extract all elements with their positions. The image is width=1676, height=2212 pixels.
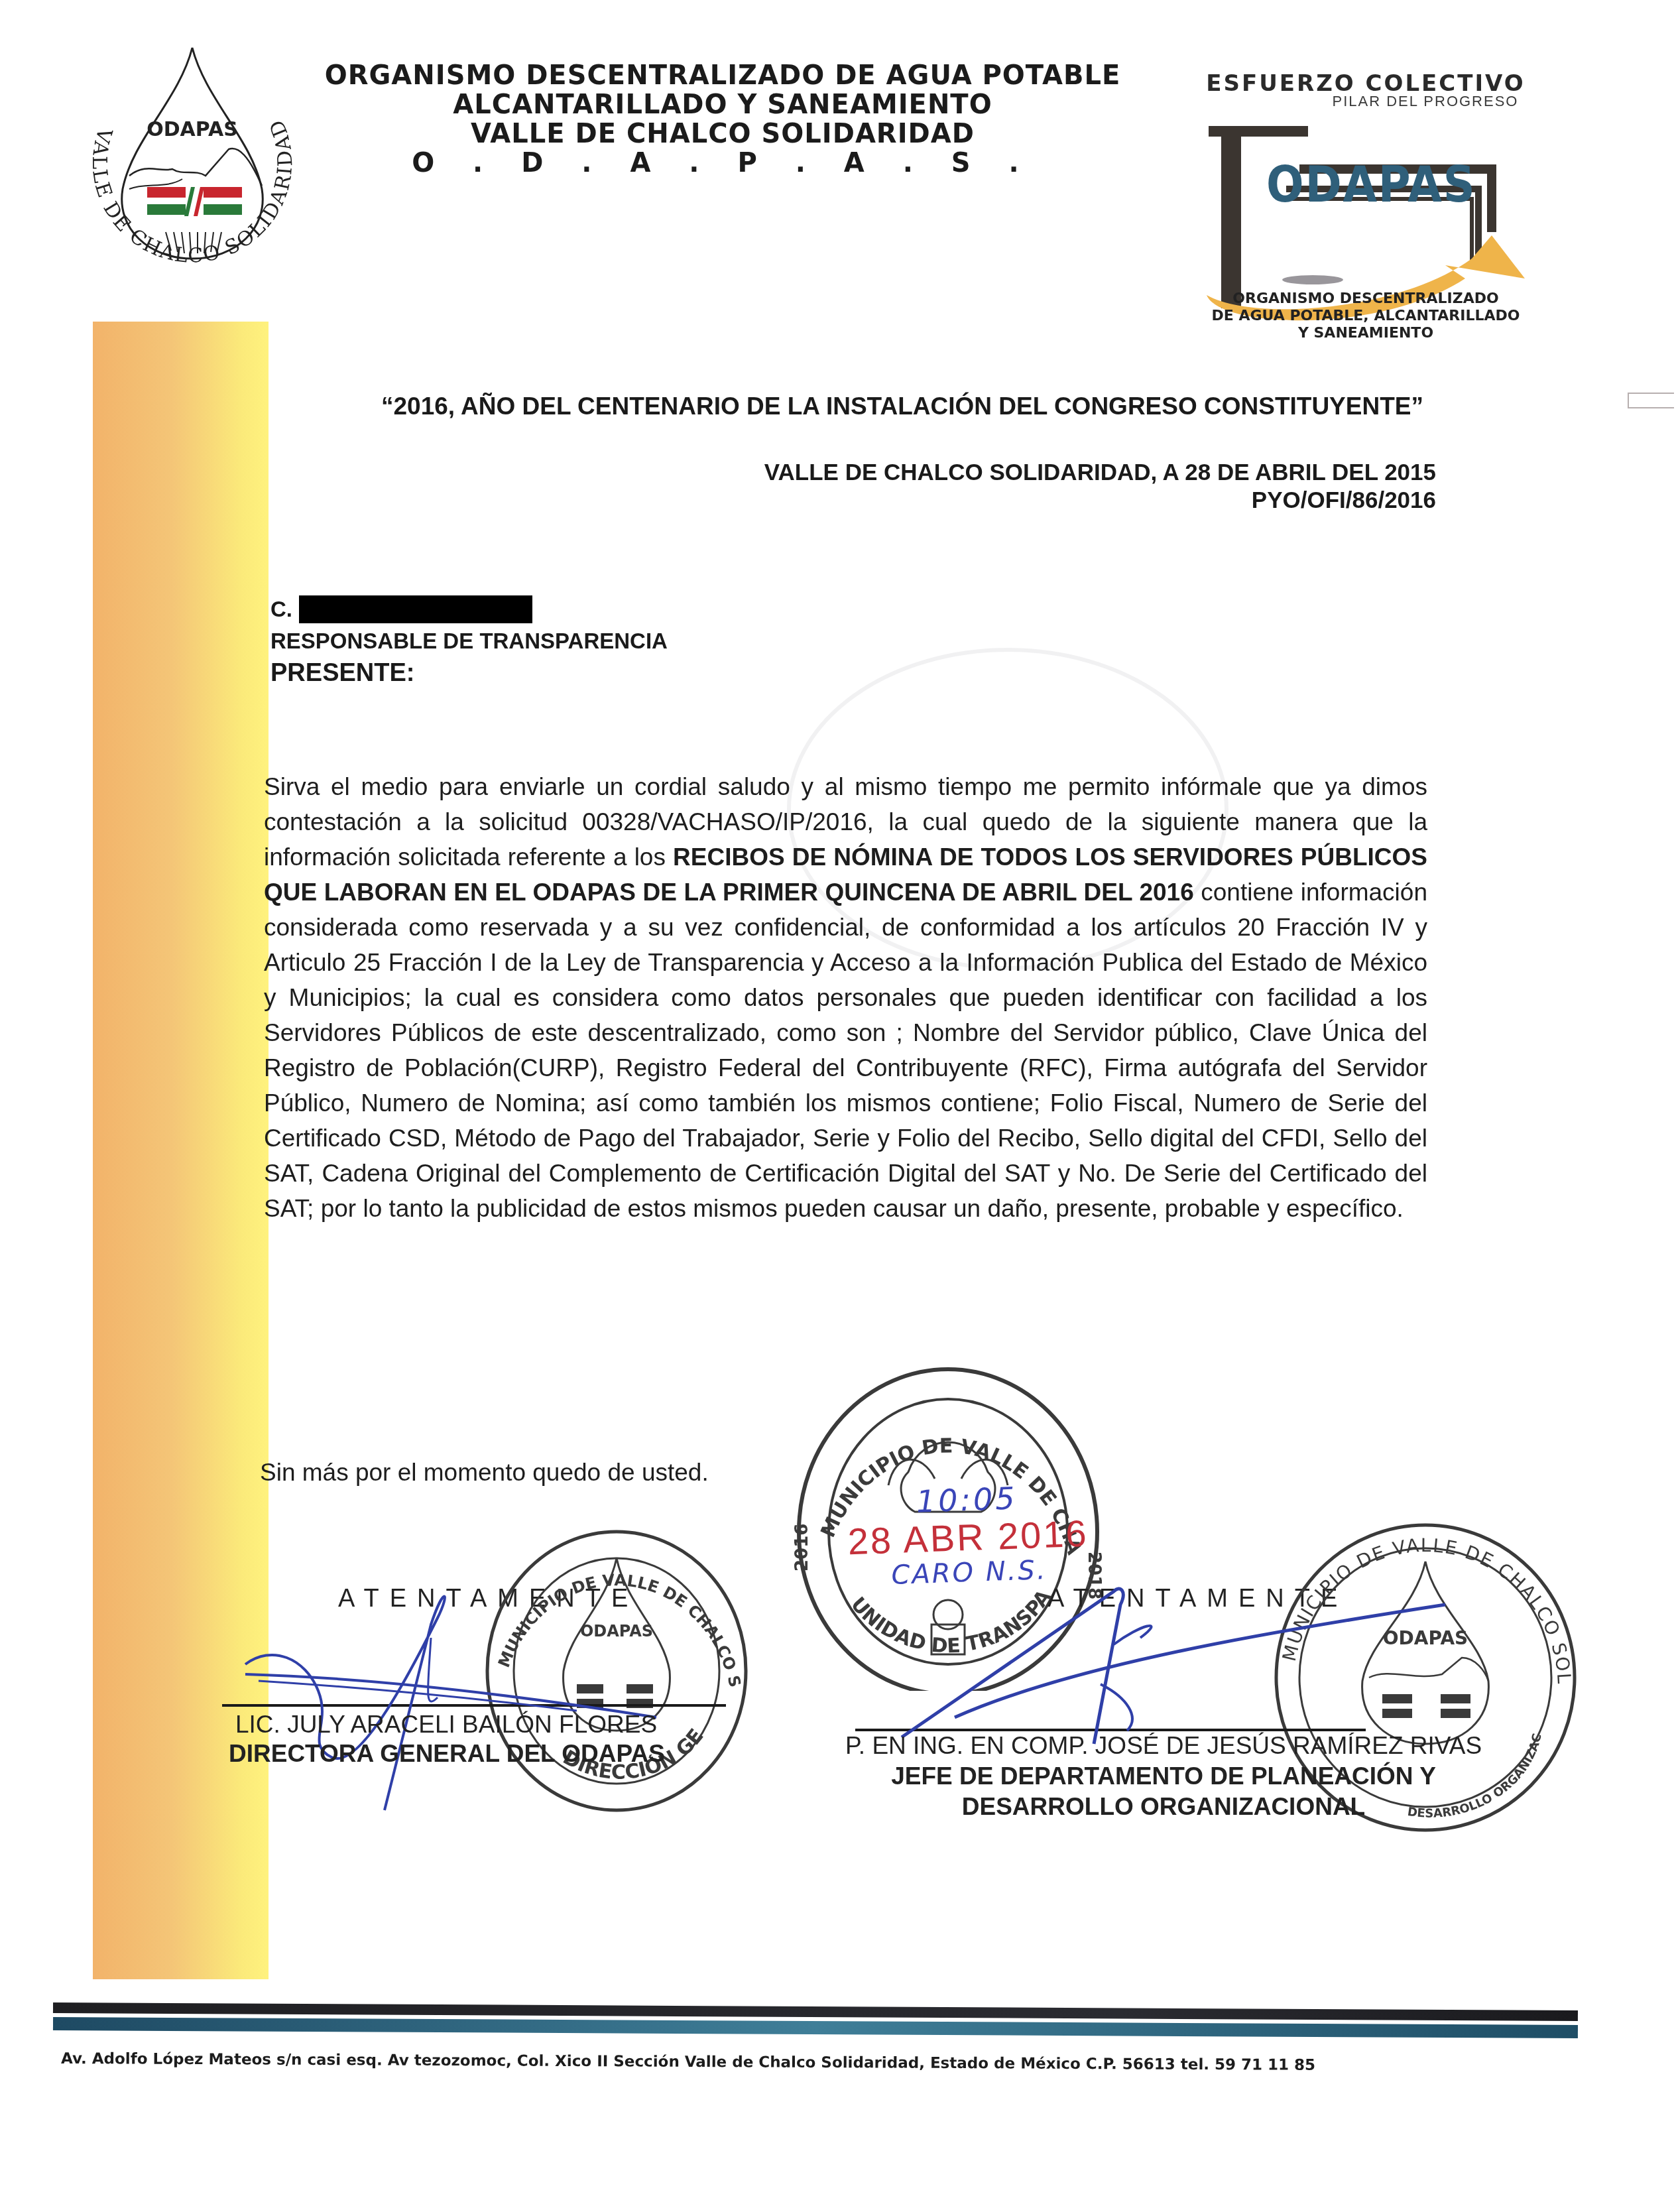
caption-line: Y SANEAMIENTO <box>1180 325 1551 342</box>
addressee-presente: PRESENTE: <box>270 657 668 689</box>
closing-line: Sin más por el momento quedo de usted. <box>260 1459 709 1487</box>
logo-slogan-subtitle: PILAR DEL PROGRESO <box>1299 93 1551 110</box>
addressee-role: RESPONSABLE DE TRANSPARENCIA <box>270 625 668 657</box>
body-text-detail: contiene información considerada como re… <box>264 879 1427 1222</box>
svg-text:ODAPAS: ODAPAS <box>580 1622 653 1640</box>
addressee-block: C. RESPONSABLE DE TRANSPARENCIA PRESENTE… <box>270 593 668 689</box>
salutation-left: ATENTAMENTE <box>338 1585 638 1613</box>
reception-date: 28 ABR 2016 <box>841 1513 1095 1562</box>
salutation-right: ATENTAMENTE <box>1047 1585 1348 1613</box>
svg-text:2016: 2016 <box>792 1524 812 1571</box>
scan-artifact <box>1628 393 1674 408</box>
org-line: VALLE DE CHALCO SOLIDARIDAD <box>312 119 1134 149</box>
footer-bar-blue <box>53 2017 1578 2038</box>
signer-name-left: LIC. JULY ARACELI BAILÓN FLORES <box>235 1711 657 1739</box>
place-and-date: VALLE DE CHALCO SOLIDARIDAD, A 28 DE ABR… <box>764 460 1436 486</box>
org-acronym: O . D . A . P . A . S . <box>312 149 1134 178</box>
letter-body: Sirva el medio para enviarle un cordial … <box>264 769 1427 1226</box>
document-folio: PYO/OFI/86/2016 <box>1252 487 1436 514</box>
redacted-name <box>299 595 532 623</box>
organization-header: ORGANISMO DESCENTRALIZADO DE AGUA POTABL… <box>312 61 1134 178</box>
signer-title-left: DIRECTORA GENERAL DEL ODAPAS <box>229 1740 665 1768</box>
direccion-general-stamp: MUNICIPIO DE VALLE DE CHALCO SOLIDARIDAD… <box>477 1518 756 1817</box>
org-line: ORGANISMO DESCENTRALIZADO DE AGUA POTABL… <box>312 61 1134 90</box>
svg-text:ODAPAS: ODAPAS <box>1383 1627 1468 1649</box>
logo-organization-caption: ORGANISMO DESCENTRALIZADO DE AGUA POTABL… <box>1180 290 1551 342</box>
signer-block-right: P. EN ING. EN COMP. JOSÉ DE JESÚS RAMÍRE… <box>806 1731 1522 1822</box>
addressee-prefix: C. <box>270 593 292 625</box>
signer-title-right-line2: DESARROLLO ORGANIZACIONAL <box>806 1792 1522 1822</box>
signer-title-right-line1: JEFE DE DEPARTAMENTO DE PLANEACIÓN Y <box>806 1761 1522 1792</box>
signature-line-left <box>222 1704 726 1707</box>
caption-line: DE AGUA POTABLE, ALCANTARILLADO <box>1180 308 1551 325</box>
caption-line: ORGANISMO DESCENTRALIZADO <box>1180 290 1551 308</box>
odapas-droplet-logo: ODAPAS VALLE DE CHALCO SOLIDARIDAD <box>73 40 312 278</box>
footer-address: Av. Adolfo López Mateos s/n casi esq. Av… <box>61 2050 1315 2074</box>
svg-text:ODAPAS: ODAPAS <box>147 118 238 141</box>
reception-stamp-text: 10:05 28 ABR 2016 CARO N.S. <box>840 1477 1095 1592</box>
org-line: ALCANTARILLADO Y SANEAMIENTO <box>312 90 1134 119</box>
year-motto: “2016, AÑO DEL CENTENARIO DE LA INSTALAC… <box>381 393 1423 420</box>
logo-brand: ODAPAS <box>1266 156 1476 214</box>
signer-name-right: P. EN ING. EN COMP. JOSÉ DE JESÚS RAMÍRE… <box>806 1731 1522 1761</box>
